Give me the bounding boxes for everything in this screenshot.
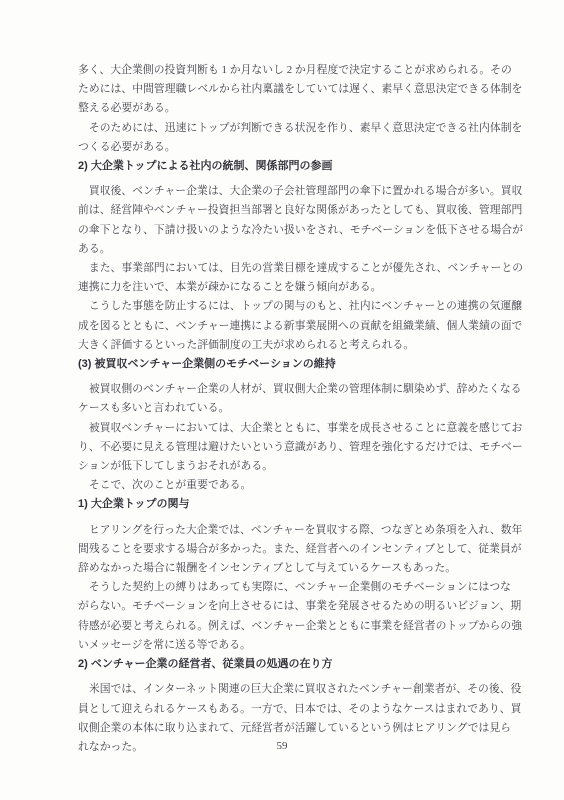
paragraph-line: そのためには、迅速にトップが判断できる状況を作り、素早く意思決定できる社内体制を xyxy=(78,119,508,138)
paragraph-line: ためには、中間管理職レベルから社内稟議をしていては遅く、素早く意思決定できる体制… xyxy=(78,80,508,99)
paragraph-line: 被買収側のベンチャー企業の人材が、買収側大企業の管理体制に馴染めず、辞めたくなる xyxy=(78,380,508,399)
paragraph-line: 収側企業の本体に取り込まれて、元経営者が活躍しているという例はヒアリングでは見ら xyxy=(78,719,508,738)
paragraph: そうした契約上の縛りはあっても実際に、ベンチャー企業側のモチベーションにはつなが… xyxy=(78,578,508,655)
paragraph-line: 連携に力を注いで、本業が疎かになることを嫌う傾向がある。 xyxy=(78,278,508,297)
paragraph: 被買収ベンチャーにおいては、大企業とともに、事業を成長させることに意義を感じてお… xyxy=(78,419,508,477)
paragraph-line: ヒアリングを行った大企業では、ベンチャーを買収する際、つなぎとめ条項を入れ、数年 xyxy=(78,521,508,540)
paragraph-line: 員として迎えられるケースもある。一方で、日本では、そのようなケースはまれであり、… xyxy=(78,700,508,719)
paragraph-line: 成を図るとともに、ベンチャー連携による新事業展開への貢献を組織業績、個人業績の面… xyxy=(78,317,508,336)
paragraph-line: の傘下となり、下請け扱いのような冷たい扱いをされ、モチベーションを低下させる場合… xyxy=(78,221,508,240)
paragraph-line: 前は、経営陣やベンチャー投資担当部署と良好な関係があったとしても、買収後、管理部… xyxy=(78,201,508,220)
paragraph-line: 買収後、ベンチャー企業は、大企業の子会社管理部門の傘下に置かれる場合が多い。買収 xyxy=(78,182,508,201)
paragraph: 多く、大企業側の投資判断も 1 か月ないし 2 か月程度で決定することが求められ… xyxy=(78,61,508,119)
document-page: 多く、大企業側の投資判断も 1 か月ないし 2 か月程度で決定することが求められ… xyxy=(0,0,564,800)
paragraph-line: 大きく評価するといった評価制度の工夫が求められると考えられる。 xyxy=(78,336,508,355)
paragraph-line: ションが低下してしまうおそれがある。 xyxy=(78,457,508,476)
paragraph-line: また、事業部門においては、目先の営業目標を達成することが優先され、ベンチャーとの xyxy=(78,259,508,278)
section-heading: (3) 被買収ベンチャー企業側のモチベーションの維持 xyxy=(78,355,508,374)
paragraph: 買収後、ベンチャー企業は、大企業の子会社管理部門の傘下に置かれる場合が多い。買収… xyxy=(78,182,508,259)
paragraph-line: 待感が必要と考えられる。例えば、ベンチャー企業とともに事業を経営者のトップからの… xyxy=(78,617,508,636)
section-heading: 1) 大企業トップの関与 xyxy=(78,495,508,514)
paragraph: また、事業部門においては、目先の営業目標を達成することが優先され、ベンチャーとの… xyxy=(78,259,508,297)
paragraph-line: ある。 xyxy=(78,240,508,259)
paragraph-line: ケースも多いと言われている。 xyxy=(78,399,508,418)
paragraph-line: こうした事態を防止するには、トップの関与のもと、社内にベンチャーとの連携の気運醸 xyxy=(78,297,508,316)
paragraph-line: 間残ることを要求する場合が多かった。また、経営者へのインセンティブとして、従業員… xyxy=(78,540,508,559)
page-number: 59 xyxy=(0,738,564,754)
paragraph-line: 米国では、インターネット関連の巨大企業に買収されたベンチャー創業者が、その後、役 xyxy=(78,680,508,699)
paragraph: こうした事態を防止するには、トップの関与のもと、社内にベンチャーとの連携の気運醸… xyxy=(78,297,508,355)
paragraph-line: いメッセージを常に送る等である。 xyxy=(78,636,508,655)
section-heading: 2) 大企業トップによる社内の統制、関係部門の参画 xyxy=(78,157,508,176)
paragraph-line: つくる必要がある。 xyxy=(78,138,508,157)
paragraph: ヒアリングを行った大企業では、ベンチャーを買収する際、つなぎとめ条項を入れ、数年… xyxy=(78,521,508,579)
paragraph: 被買収側のベンチャー企業の人材が、買収側大企業の管理体制に馴染めず、辞めたくなる… xyxy=(78,380,508,418)
paragraph-line: 辞めなかった場合に報酬をインセンティブとして与えているケースもあった。 xyxy=(78,559,508,578)
document-body: 多く、大企業側の投資判断も 1 か月ないし 2 か月程度で決定することが求められ… xyxy=(78,61,508,757)
paragraph-line: そうした契約上の縛りはあっても実際に、ベンチャー企業側のモチベーションにはつな xyxy=(78,578,508,597)
section-heading: 2) ベンチャー企業の経営者、従業員の処遇の在り方 xyxy=(78,655,508,674)
paragraph-line: 多く、大企業側の投資判断も 1 か月ないし 2 か月程度で決定することが求められ… xyxy=(78,61,508,80)
paragraph: そのためには、迅速にトップが判断できる状況を作り、素早く意思決定できる社内体制を… xyxy=(78,119,508,157)
paragraph: そこで、次のことが重要である。 xyxy=(78,476,508,495)
paragraph-line: そこで、次のことが重要である。 xyxy=(78,476,508,495)
paragraph-line: り、不必要に見える管理は避けたいという意識があり、管理を強化するだけでは、モチベ… xyxy=(78,438,508,457)
paragraph-line: 整える必要がある。 xyxy=(78,99,508,118)
paragraph-line: がらない。モチベーションを向上させるには、事業を発展させるための明るいビジョン、… xyxy=(78,597,508,616)
paragraph-line: 被買収ベンチャーにおいては、大企業とともに、事業を成長させることに意義を感じてお xyxy=(78,419,508,438)
